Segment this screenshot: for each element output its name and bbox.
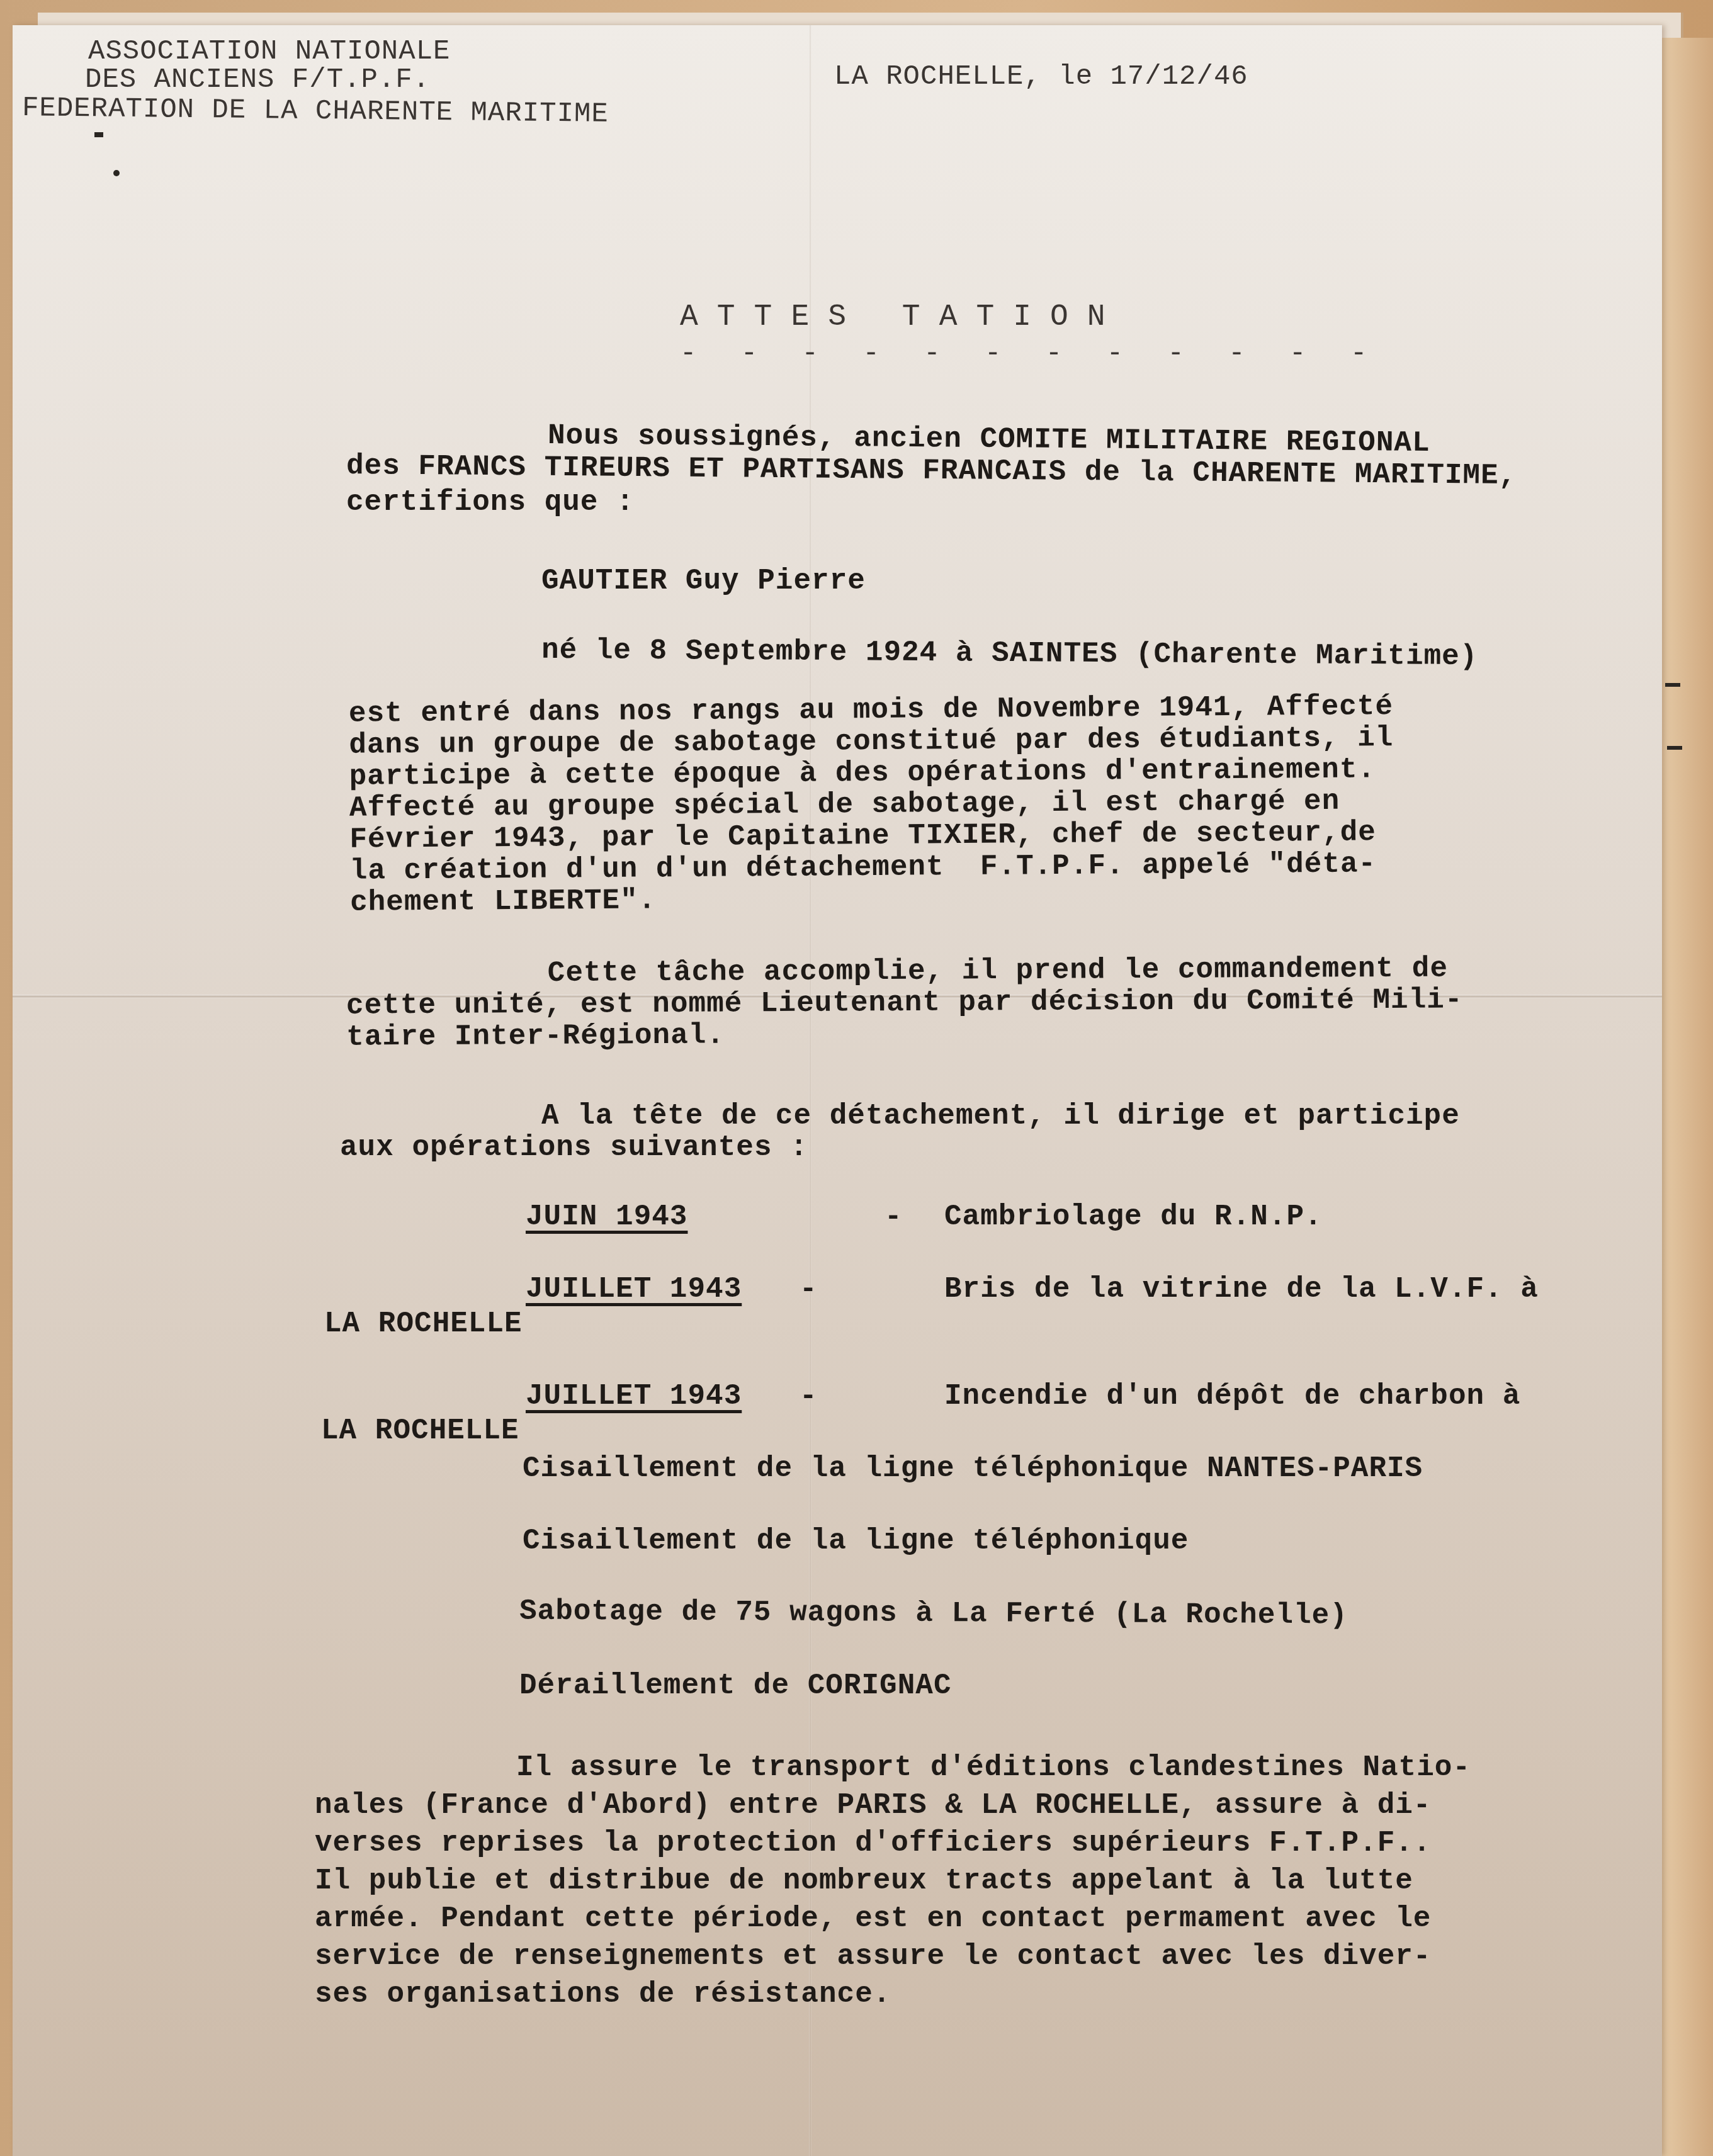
text-line: Il assure le transport d'éditions clande… [516, 1753, 1632, 1782]
operation-date: JUILLET 1943 [526, 1382, 742, 1411]
text-line: aux opérations suivantes : [340, 1133, 1258, 1162]
text-line: service de renseignements et assure le c… [315, 1942, 1431, 1971]
other-operation: Déraillement de CORIGNAC [519, 1671, 952, 1700]
org-line-1: ASSOCIATION NATIONALE [88, 38, 451, 65]
operation-separator: - [800, 1382, 818, 1411]
paragraph-clandestine-activities: Il assure le transport d'éditions clande… [315, 1753, 1431, 2009]
operation-date: JUIN 1943 [526, 1202, 687, 1231]
other-operation: Cisaillement de la ligne téléphonique [523, 1527, 1189, 1555]
org-line-2: DES ANCIENS F/T.P.F. [85, 66, 430, 94]
text-line: nales (France d'Abord) entre PARIS & LA … [315, 1791, 1431, 1820]
text-line: la création d'un d'un détachement F.T.P.… [350, 849, 1394, 886]
text-line: chement LIBERTE". [350, 881, 1394, 917]
title-underline: - - - - - - - - - - - - [680, 340, 1381, 368]
subject-birth: né le 8 Septembre 1924 à SAINTES (Charen… [541, 636, 1478, 671]
text-line: cette unité, est nommé Lieutenant par dé… [346, 985, 1463, 1020]
text-line: taire Inter-Régional. [346, 1017, 1463, 1051]
text-line: ses organisations de résistance. [315, 1980, 1431, 2009]
attestation-document: ASSOCIATION NATIONALE DES ANCIENS F/T.P.… [13, 25, 1662, 2156]
text-line: verses reprises la protection d'officier… [315, 1829, 1431, 1858]
paragraph-operations-intro: A la tête de ce détachement, il dirige e… [340, 1102, 1258, 1162]
place-date: LA ROCHELLE, le 17/12/46 [834, 63, 1248, 91]
document-title: ATTES TATION [680, 302, 1124, 332]
text-line: Cette tâche accomplie, il prend le comma… [548, 953, 1665, 988]
operation-location: LA ROCHELLE [324, 1309, 523, 1338]
text-line: A la tête de ce détachement, il dirige e… [541, 1102, 1460, 1131]
margin-mark [113, 170, 120, 176]
operation-date: JUILLET 1943 [526, 1275, 742, 1304]
operation-description: Incendie d'un dépôt de charbon à [944, 1382, 1520, 1411]
operation-separator: - [885, 1202, 903, 1231]
paragraph-enlistment: est entré dans nos rangs au mois de Nove… [349, 692, 1394, 917]
margin-mark [94, 132, 103, 137]
operation-description: Cambriolage du R.N.P. [944, 1202, 1323, 1231]
operation-location: LA ROCHELLE [321, 1416, 519, 1445]
operation-separator: - [800, 1275, 818, 1304]
intro-line-3: certifions que : [346, 488, 635, 517]
other-operation: Sabotage de 75 wagons à La Ferté (La Roc… [519, 1597, 1348, 1630]
edge-mark [1667, 746, 1682, 750]
text-line: Il publie et distribue de nombreux tract… [315, 1866, 1431, 1895]
subject-name: GAUTIER Guy Pierre [541, 567, 866, 595]
edge-mark [1665, 683, 1680, 687]
text-line: armée. Pendant cette période, est en con… [315, 1904, 1431, 1933]
other-operation: Cisaillement de la ligne téléphonique NA… [523, 1454, 1423, 1483]
org-line-3: FEDERATION DE LA CHARENTE MARITIME [22, 94, 609, 128]
operation-description: Bris de la vitrine de la L.V.F. à [944, 1275, 1539, 1304]
paragraph-command: Cette tâche accomplie, il prend le comma… [346, 954, 1463, 1051]
